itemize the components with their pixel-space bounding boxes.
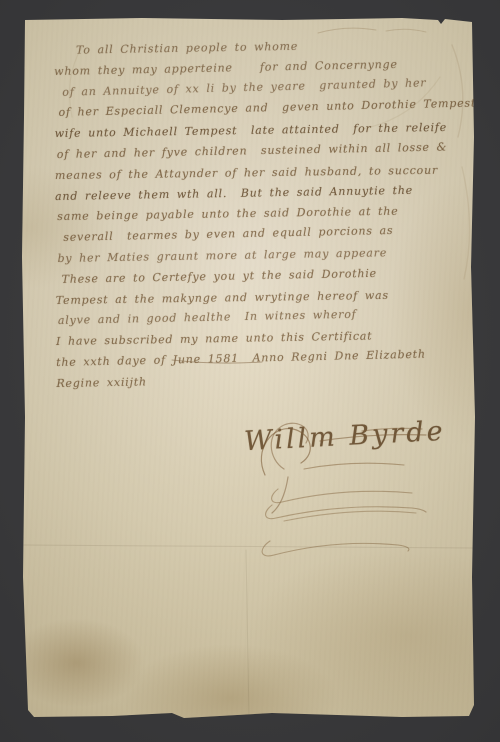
signature-willm-byrde: Willm Byrde bbox=[243, 416, 446, 458]
fold-crease bbox=[24, 545, 473, 717]
manuscript-text-block: To all Christian people to whome whom th… bbox=[54, 38, 466, 394]
photo-background: To all Christian people to whome whom th… bbox=[0, 0, 500, 742]
pen-flourish bbox=[262, 463, 426, 556]
manuscript-paper: To all Christian people to whome whom th… bbox=[22, 17, 475, 719]
